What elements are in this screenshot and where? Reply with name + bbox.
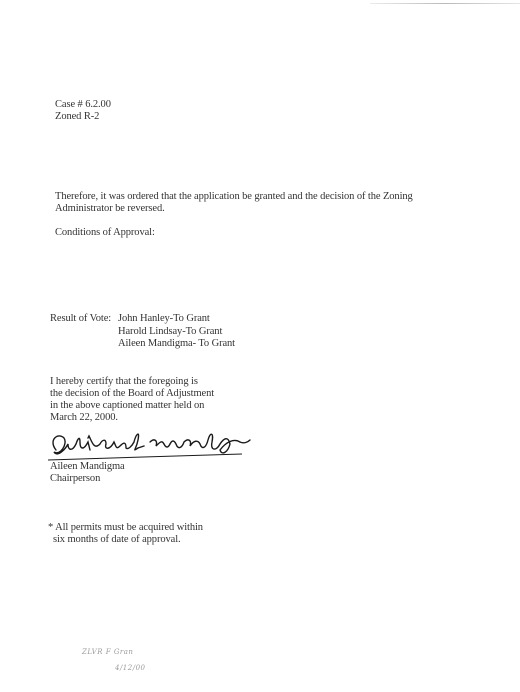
vote-result-item: Harold Lindsay-To Grant [118,326,222,338]
vote-result-label: Result of Vote: [50,313,111,325]
scan-artifact-line [370,3,520,4]
signer-title: Chairperson [50,473,100,485]
handwritten-date: 4/12/00 [115,664,146,672]
permit-note-line: * All permits must be acquired within [48,522,203,534]
case-number: Case # 6.2.00 [55,99,111,111]
certification-line: March 22, 2000. [50,412,118,424]
handwritten-annotation: ZLVR F Gran [82,648,133,656]
vote-result-item: John Hanley-To Grant [118,313,210,325]
permit-note-line: six months of date of approval. [53,534,181,546]
order-text-line-2: Administrator be reversed. [55,203,165,215]
signer-name: Aileen Mandigma [50,461,125,473]
order-text-line-1: Therefore, it was ordered that the appli… [55,191,413,203]
certification-line: in the above captioned matter held on [50,400,204,412]
conditions-of-approval-label: Conditions of Approval: [55,227,155,239]
handwritten-signature [44,428,254,464]
certification-line: I hereby certify that the foregoing is [50,376,198,388]
zoning-designation: Zoned R-2 [55,111,99,123]
certification-line: the decision of the Board of Adjustment [50,388,214,400]
vote-result-item: Aileen Mandigma- To Grant [118,338,235,350]
